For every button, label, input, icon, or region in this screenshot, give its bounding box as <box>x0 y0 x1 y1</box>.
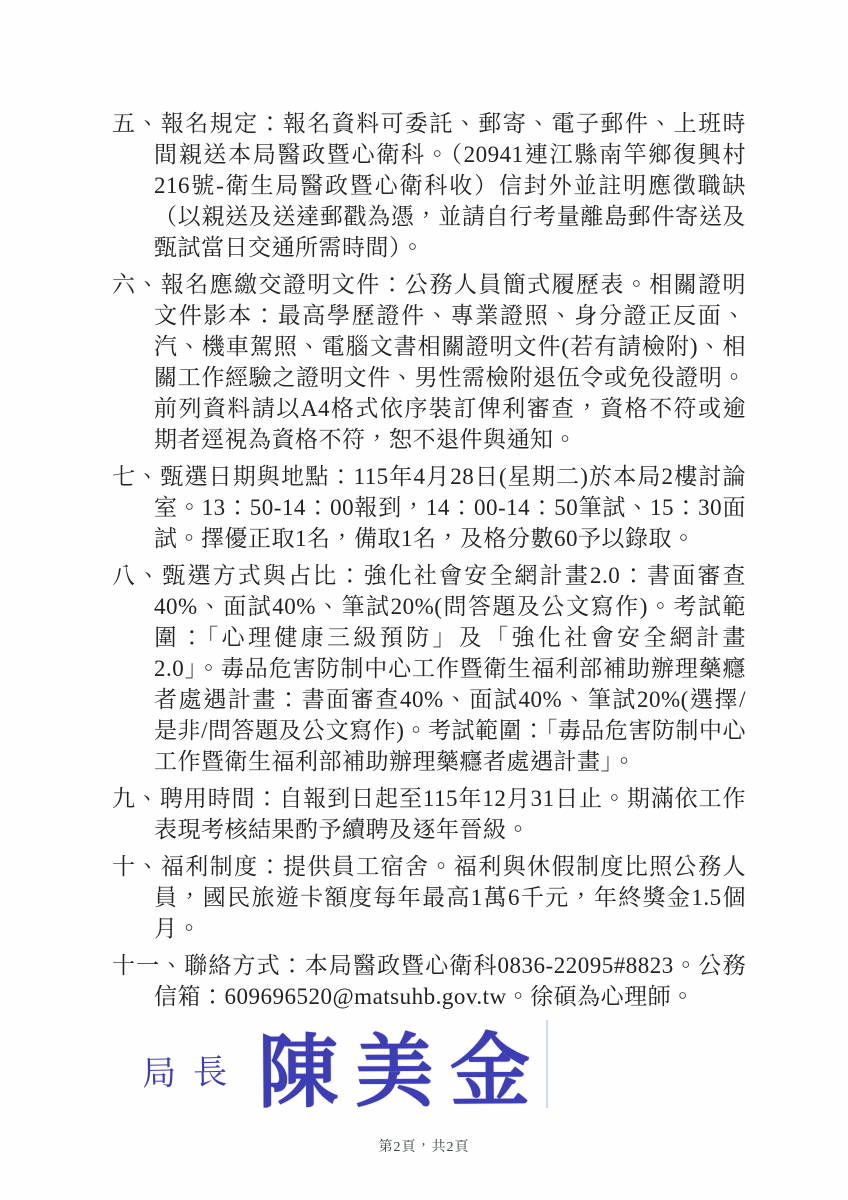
item-text: 甄選方式與占比：強化社會安全網計畫2.0：書面審查40%、面試40%、筆試20%… <box>154 563 746 774</box>
list-item: 九、聘用時間：自報到日起至115年12月31日止。期滿依工作表現考核結果酌予續聘… <box>112 783 746 845</box>
item-text: 報名應繳交證明文件：公務人員簡式履歷表。相關證明文件影本：最高學歷證件、專業證照… <box>154 272 746 452</box>
item-text: 聯絡方式：本局醫政暨心衛科0836-22095#8823。公務信箱：609696… <box>154 953 746 1009</box>
director-title: 局長 <box>141 1033 244 1094</box>
item-number: 七、 <box>112 464 160 489</box>
list-item: 十一、聯絡方式：本局醫政暨心衛科0836-22095#8823。公務信箱：609… <box>112 950 746 1012</box>
item-text: 福利制度：提供員工宿舍。福利與休假制度比照公務人員，國民旅遊卡額度每年最高1萬6… <box>154 854 746 941</box>
item-number: 八、 <box>112 563 162 588</box>
item-text: 聘用時間：自報到日起至115年12月31日止。期滿依工作表現考核結果酌予續聘及逐… <box>154 786 746 842</box>
item-number: 九、 <box>112 786 160 811</box>
item-text: 報名規定：報名資料可委託、郵寄、電子郵件、上班時間親送本局醫政暨心衛科。（209… <box>154 111 746 260</box>
list-item: 十、福利制度：提供員工宿舍。福利與休假制度比照公務人員，國民旅遊卡額度每年最高1… <box>112 851 746 944</box>
list-item: 八、甄選方式與占比：強化社會安全網計畫2.0：書面審查40%、面試40%、筆試2… <box>112 560 746 777</box>
list-item: 六、報名應繳交證明文件：公務人員簡式履歷表。相關證明文件影本：最高學歷證件、專業… <box>112 269 746 455</box>
item-text: 甄選日期與地點：115年4月28日(星期二)於本局2樓討論室。13：50-14：… <box>154 464 746 551</box>
document-page: 五、報名規定：報名資料可委託、郵寄、電子郵件、上班時間親送本局醫政暨心衛科。（2… <box>0 0 848 1200</box>
item-number: 十一、 <box>112 953 184 978</box>
item-number: 五、 <box>112 111 161 136</box>
director-name-stamp: 陳美金 <box>258 1005 547 1122</box>
signature-block: 局長 陳美金 <box>142 1014 548 1114</box>
item-number: 六、 <box>112 272 161 297</box>
notice-items: 五、報名規定：報名資料可委託、郵寄、電子郵件、上班時間親送本局醫政暨心衛科。（2… <box>112 108 746 1018</box>
list-item: 五、報名規定：報名資料可委託、郵寄、電子郵件、上班時間親送本局醫政暨心衛科。（2… <box>112 108 746 263</box>
stamp-edge-artifact <box>546 1020 548 1108</box>
page-number: 第2頁，共2頁 <box>0 1136 848 1156</box>
item-number: 十、 <box>112 854 161 879</box>
list-item: 七、甄選日期與地點：115年4月28日(星期二)於本局2樓討論室。13：50-1… <box>112 461 746 554</box>
